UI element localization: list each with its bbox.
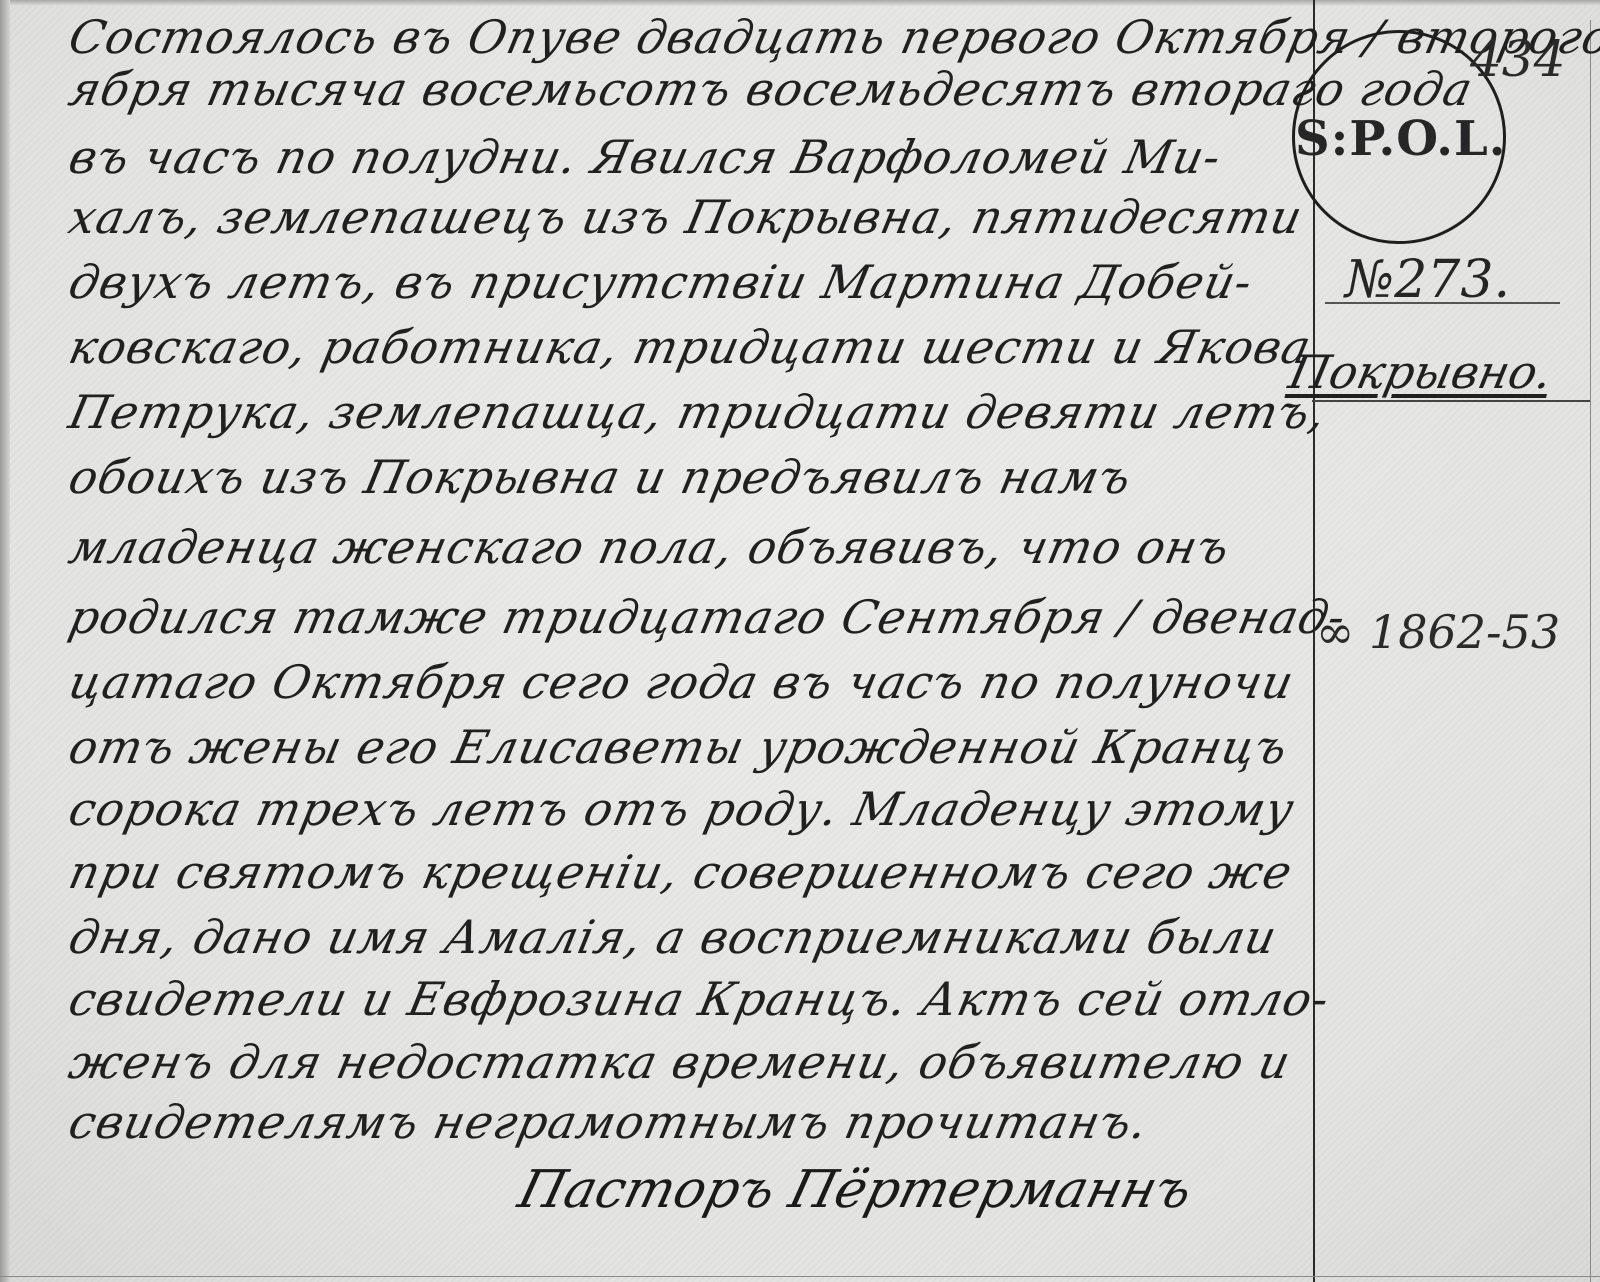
folio-number: 434: [1470, 30, 1565, 88]
pastor-signature: Пасторъ Пёртерманнъ: [513, 1160, 1199, 1220]
village-rule: [1312, 400, 1590, 402]
bottom-border-line: [0, 1276, 1600, 1277]
record-line: ковскаго, работника, тридцати шести и Як…: [64, 320, 1316, 374]
record-line: свидетели и Евфрозина Кранцъ. Актъ сей о…: [64, 972, 1334, 1026]
document-page: Состоялось въ Опуве двадцать первого Окт…: [0, 0, 1600, 1282]
record-line: двухъ летъ, въ присутствіи Мартина Добей…: [64, 255, 1257, 309]
record-line: цатаго Октября сего года въ часъ по полу…: [64, 655, 1299, 709]
village-name: Покрывно.: [1284, 345, 1557, 399]
record-line-text: въ часъ по полудни. Явился Варфоломей Ми…: [64, 130, 1226, 184]
record-line: въ часъ по полудни. Явился Варфоломей Ми…: [64, 130, 1226, 184]
record-line: младенца женскаго пола, объявивъ, что он…: [64, 520, 1235, 574]
page-binding-edge: [0, 0, 10, 1282]
stamp-text: S:P.O.L.: [1295, 111, 1503, 167]
act-number-underline: [1325, 302, 1560, 304]
record-line: женъ для недостатка времени, объявителю …: [64, 1035, 1296, 1089]
right-border-line: [1590, 20, 1591, 1282]
page-top-edge: [0, 0, 1600, 6]
record-line: при святомъ крещеніи, совершенномъ сего …: [64, 845, 1297, 899]
record-line: дня, дано имя Амалія, а восприемниками б…: [64, 910, 1282, 964]
record-line: Петрука, землепашца, тридцати девяти лет…: [64, 385, 1331, 439]
record-line: родился тамже тридцатаго Сентября / двен…: [64, 590, 1351, 644]
record-line: ября тысяча восемьсотъ восемьдесятъ втор…: [64, 62, 1478, 116]
record-line: отъ жены его Елисаветы урожденной Кранцъ: [64, 720, 1293, 774]
record-line: обоихъ изъ Покрывна и предъявилъ намъ: [64, 450, 1136, 504]
act-number: №273.: [1345, 250, 1510, 310]
marriage-annotation: ∞ 1862-53: [1316, 605, 1560, 659]
record-line: халъ, землепашецъ изъ Покрывна, пятидеся…: [64, 190, 1307, 244]
record-line: свидетелямъ неграмотнымъ прочитанъ.: [64, 1095, 1153, 1149]
record-line: сорока трехъ летъ отъ роду. Младенцу это…: [64, 782, 1299, 836]
